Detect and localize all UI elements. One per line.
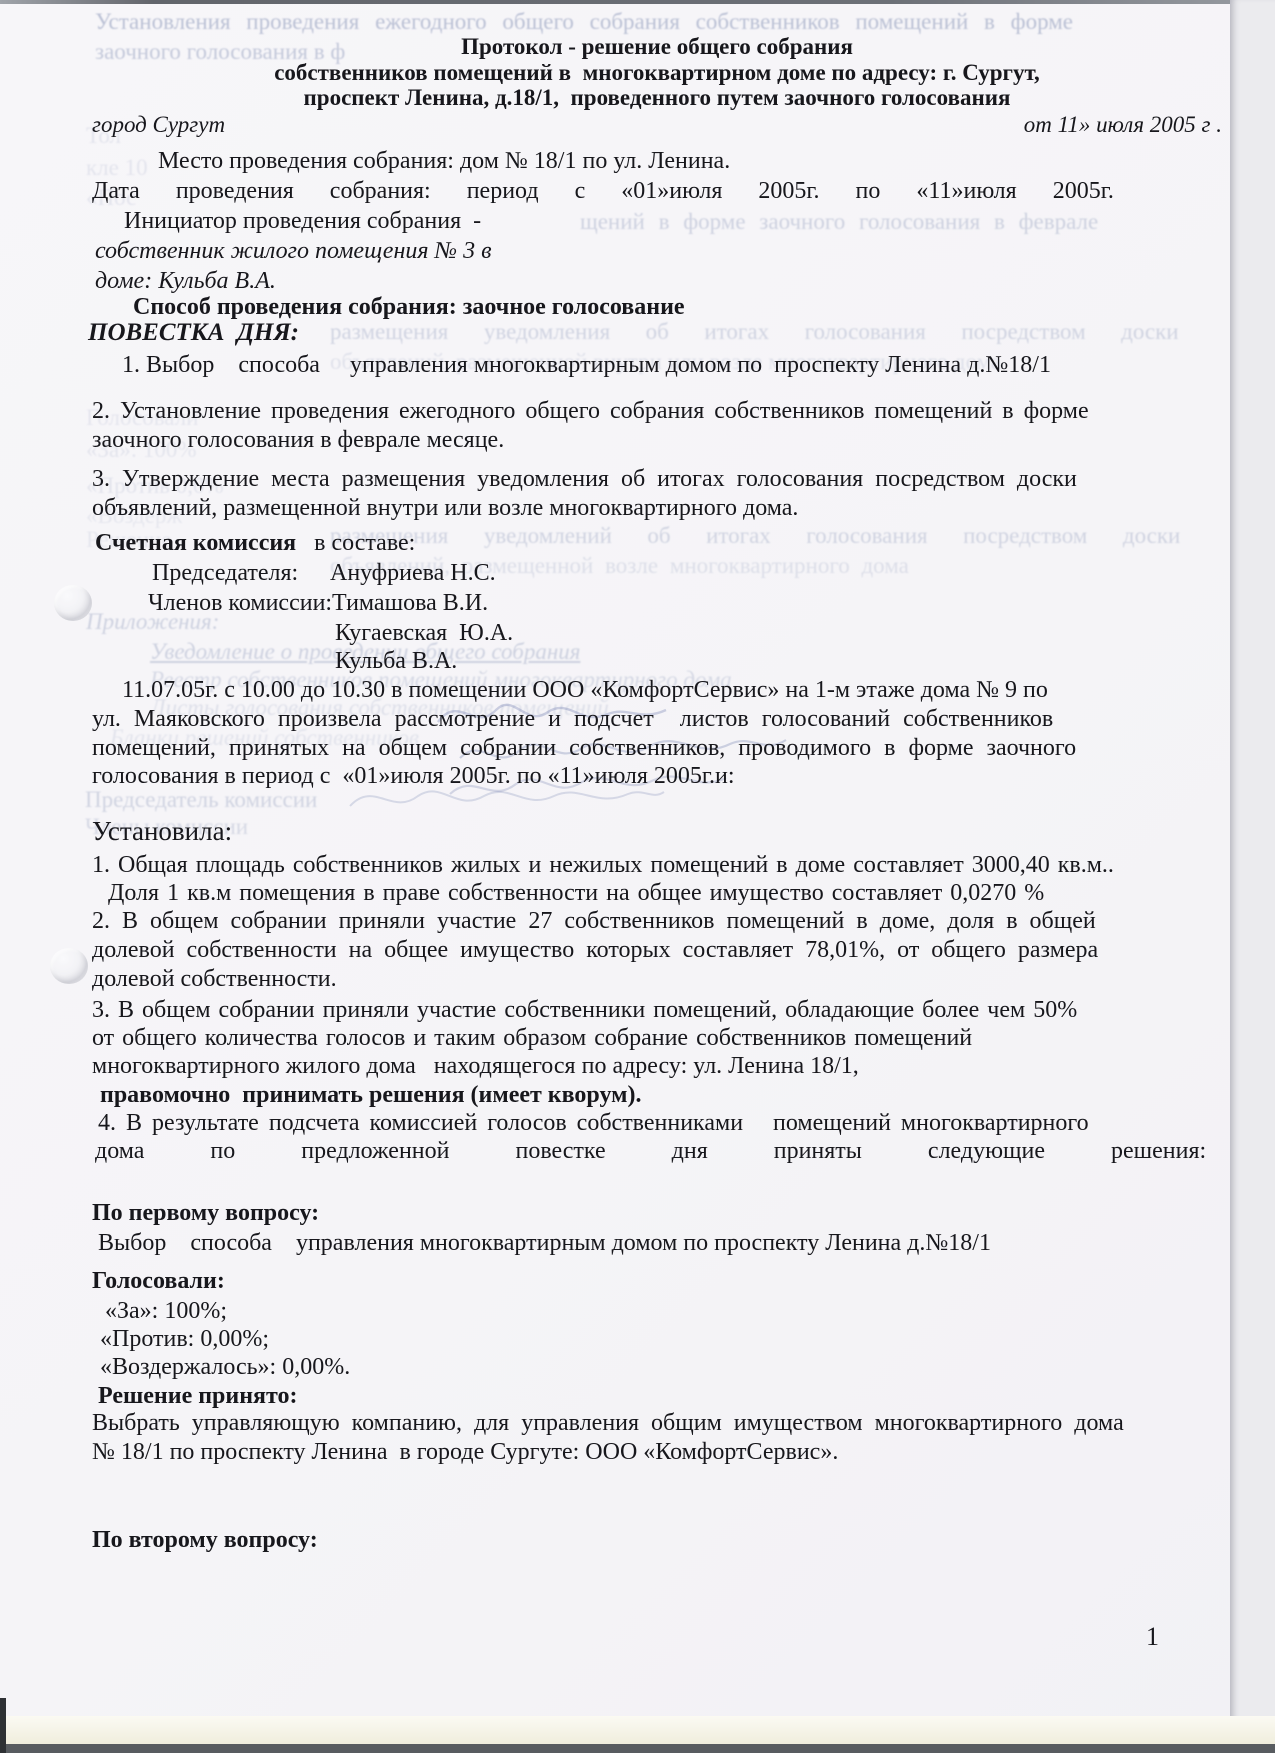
hole-punch-mark-bottom [50,948,88,984]
agenda-item-2-line-1: 2. Установление проведения ежегодного об… [92,396,1089,426]
commission-member-1: Тимашова В.И. [332,588,488,618]
question-1-text: Выбор способа управления многоквартирным… [98,1228,991,1258]
page-number: 1 [1146,1622,1159,1652]
scan-top-edge [0,0,1275,4]
commission-member-2: Кугаевская Ю.А. [335,618,513,648]
commission-heading-bold: Счетная комиссия [95,530,296,556]
finding-4-line-1: 4. В результате подсчета комиссией голос… [98,1108,1089,1138]
counting-paragraph-line-4: голосования в период с «01»июля 2005г. п… [92,761,735,791]
finding-1-line-1: 1. Общая площадь собственников жилых и н… [92,850,1114,880]
quorum-statement: правомочно принимать решения (имеет квор… [100,1080,642,1110]
initiator-detail-line-1: собственник жилого помещения № 3 в [95,236,492,266]
commission-heading: Счетная комиссия в составе: [95,528,415,558]
meeting-period-line: Дата проведения собрания: период с «01»и… [92,176,1114,206]
decision-heading: Решение принято: [98,1381,298,1411]
question-2-heading: По второму вопросу: [92,1525,318,1555]
scan-bottom-cream-strip [0,1716,1275,1744]
agenda-item-3-line-2: объявлений, размещенной внутри или возле… [92,493,798,523]
scan-bottom-left-corner [0,1698,6,1753]
finding-1-line-2: Доля 1 кв.м помещения в праве собственно… [108,878,1044,908]
vote-abstain-line: «Воздержалось»: 0,00%. [100,1352,350,1382]
commission-chair-name: Ануфриева Н.С. [330,558,496,588]
finding-2-line-3: долевой собственности. [92,964,337,994]
meeting-place-line: Место проведения собрания: дом № 18/1 по… [158,146,730,176]
decision-line-1: Выбрать управляющую компанию, для управл… [92,1408,1124,1438]
title-line-3: проспект Ленина, д.18/1, проведенного пу… [92,85,1222,111]
finding-3-line-2: от общего количества голосов и таким обр… [92,1023,972,1053]
commission-chair-label: Председателя: [152,558,298,588]
finding-2-line-2: долевой собственности на общее имущество… [92,935,1098,965]
finding-4-line-2: дома по предложенной повестке дня принят… [95,1136,1206,1166]
scan-bottom-dark-strip [0,1744,1275,1753]
scan-right-edge [1230,0,1275,1753]
findings-heading: Установила: [92,816,232,846]
counting-paragraph-line-3: помещений, принятых на общем собрании со… [92,733,1076,763]
commission-members-label: Членов комиссии: [148,588,332,618]
vote-against-line: «Против: 0,00%; [100,1324,269,1354]
title-line-2: собственников помещений в многоквартирно… [92,60,1222,86]
vote-for-line: «За»: 100%; [105,1296,227,1326]
counting-paragraph-line-1: 11.07.05г. с 10.00 до 10.30 в помещении … [122,675,1048,705]
decision-line-2: № 18/1 по проспекту Ленина в городе Сург… [92,1437,838,1467]
finding-2-line-1: 2. В общем собрании приняли участие 27 с… [92,906,1096,936]
bleedthrough-line: щений в форме заочного голосования в фев… [580,208,1098,236]
dateline-row: город Сургут от 11» июля 2005 г . [92,112,1222,138]
voting-heading: Голосовали: [92,1266,225,1296]
bleedthrough-line: Установления проведения ежегодного общег… [95,8,1073,36]
finding-3-line-3: многоквартирного жилого дома находящегос… [92,1051,859,1081]
agenda-item-2-line-2: заочного голосования в феврале месяце. [92,425,504,455]
finding-3-line-1: 3. В общем собрании приняли участие собс… [92,995,1077,1025]
question-1-heading: По первому вопросу: [92,1198,319,1228]
agenda-item-1: 1. Выбор способа управления многоквартир… [122,350,1051,380]
agenda-item-3-line-1: 3. Утверждение места размещения уведомле… [92,464,1077,494]
initiator-line: Инициатор проведения собрания - [124,206,481,236]
protocol-date: от 11» июля 2005 г . [1024,112,1222,138]
agenda-heading: ПОВЕСТКА ДНЯ: [88,318,299,348]
counting-paragraph-line-2: ул. Маяковского произвела рассмотрение и… [92,704,1053,734]
bleedthrough-line: размещения уведомления об итогах голосов… [330,318,1179,346]
title-line-1: Протокол - решение общего собрания [92,34,1222,60]
city-label: город Сургут [92,112,225,138]
scanned-document-page: Установления проведения ежегодного общег… [0,0,1275,1753]
commission-member-3: Кульба В.А. [335,646,457,676]
commission-heading-rest: в составе: [296,530,415,556]
bleedthrough-line: размещения уведомлений об итогах голосов… [330,522,1180,550]
